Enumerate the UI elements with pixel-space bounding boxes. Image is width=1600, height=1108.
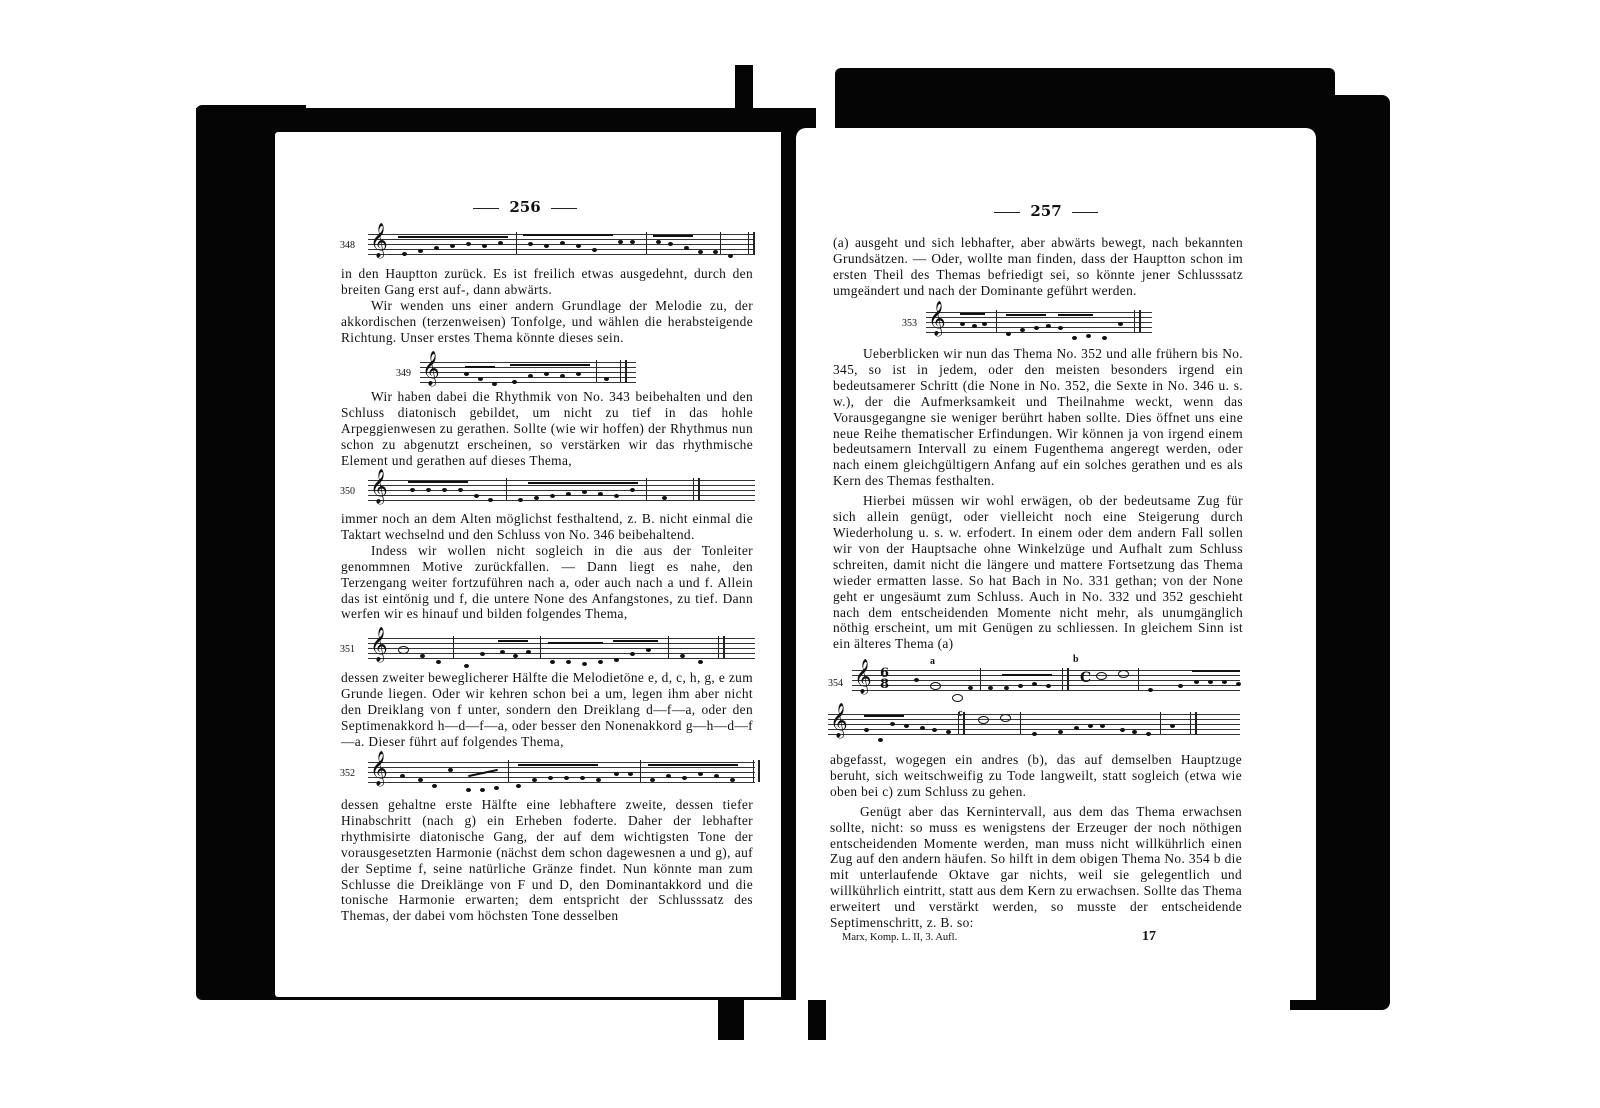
example-number: 354: [828, 678, 843, 689]
page-number: 256: [425, 198, 625, 216]
music-example-349: 349 𝄞: [396, 356, 636, 392]
paragraph: dessen gehaltne erste Hälfte eine lebhaf…: [341, 797, 753, 924]
treble-clef-icon: 𝄞: [370, 754, 388, 784]
music-staff: 𝄞 68 C: [852, 668, 1240, 696]
paragraph: immer noch an dem Alten möglichst festha…: [341, 511, 753, 543]
music-example-350: 350 𝄞: [340, 474, 755, 510]
treble-clef-icon: 𝄞: [854, 662, 872, 692]
example-number: 348: [340, 240, 355, 251]
music-staff: 𝄞: [828, 712, 1240, 740]
paragraph: dessen zweiter beweglicherer Hälfte die …: [341, 670, 753, 750]
treble-clef-icon: 𝄞: [370, 630, 388, 660]
music-staff: 𝄞: [368, 478, 755, 506]
music-staff: 𝄞: [368, 760, 755, 788]
paragraph: in den Hauptton zurück. Es ist freilich …: [341, 266, 753, 298]
printer-signature: Marx, Komp. L. II, 3. Aufl.: [842, 932, 957, 943]
variant-label-b: b: [1073, 654, 1079, 665]
variant-label-a: a: [930, 656, 935, 667]
paragraph: (a) ausgeht und sich lebhafter, aber abw…: [833, 235, 1243, 299]
example-number: 349: [396, 368, 411, 379]
book-spine-bottom: [718, 990, 744, 1040]
treble-clef-icon: 𝄞: [928, 304, 946, 334]
left-page-text-block-5: dessen gehaltne erste Hälfte eine lebhaf…: [341, 797, 753, 924]
music-example-354: 354 a b c 𝄞 68 C 𝄞: [828, 662, 1240, 752]
paragraph: Ueberblicken wir nun das Thema No. 352 u…: [833, 346, 1243, 489]
sheet-number: 17: [1142, 929, 1156, 945]
treble-clef-icon: 𝄞: [422, 354, 440, 384]
music-staff: 𝄞: [368, 232, 755, 260]
example-number: 353: [902, 318, 917, 329]
left-page-text-block-4: dessen zweiter beweglicherer Hälfte die …: [341, 670, 753, 750]
left-page-text-block-2: Wir haben dabei die Rhythmik von No. 343…: [341, 389, 753, 469]
music-example-351: 351 𝄞: [340, 632, 755, 668]
example-number: 352: [340, 768, 355, 779]
left-page-text-block-1: in den Hauptton zurück. Es ist freilich …: [341, 266, 753, 346]
paragraph: Wir wenden uns einer andern Grundlage de…: [341, 298, 753, 346]
paragraph: abgefasst, wogegen ein andres (b), das a…: [830, 752, 1242, 800]
book-spine-top: [735, 65, 753, 140]
paragraph: Indess wir wollen nicht sogleich in die …: [341, 543, 753, 623]
example-number: 351: [340, 644, 355, 655]
treble-clef-icon: 𝄞: [370, 472, 388, 502]
treble-clef-icon: 𝄞: [370, 226, 388, 256]
right-page-text-block-1: (a) ausgeht und sich lebhafter, aber abw…: [833, 235, 1243, 299]
paragraph: Wir haben dabei die Rhythmik von No. 343…: [341, 389, 753, 469]
music-staff: 𝄞: [368, 636, 755, 664]
page-number: 257: [946, 202, 1146, 220]
music-staff: 𝄞: [420, 360, 636, 388]
example-number: 350: [340, 486, 355, 497]
music-example-352: 352 𝄞: [340, 756, 755, 792]
treble-clef-icon: 𝄞: [830, 706, 848, 736]
left-page-text-block-3: immer noch an dem Alten möglichst festha…: [341, 511, 753, 622]
music-example-348: 348 𝄞: [340, 228, 755, 264]
music-staff: 𝄞: [926, 310, 1152, 338]
paragraph: Genügt aber das Kernintervall, aus dem d…: [830, 804, 1242, 931]
music-example-353: 353 𝄞: [902, 306, 1152, 342]
right-page-text-block-2: Ueberblicken wir nun das Thema No. 352 u…: [833, 346, 1243, 652]
paragraph: Hierbei müssen wir wohl erwägen, ob der …: [833, 493, 1243, 652]
right-page-text-block-3: abgefasst, wogegen ein andres (b), das a…: [830, 752, 1242, 931]
book-cover-right-top: [835, 68, 1335, 128]
